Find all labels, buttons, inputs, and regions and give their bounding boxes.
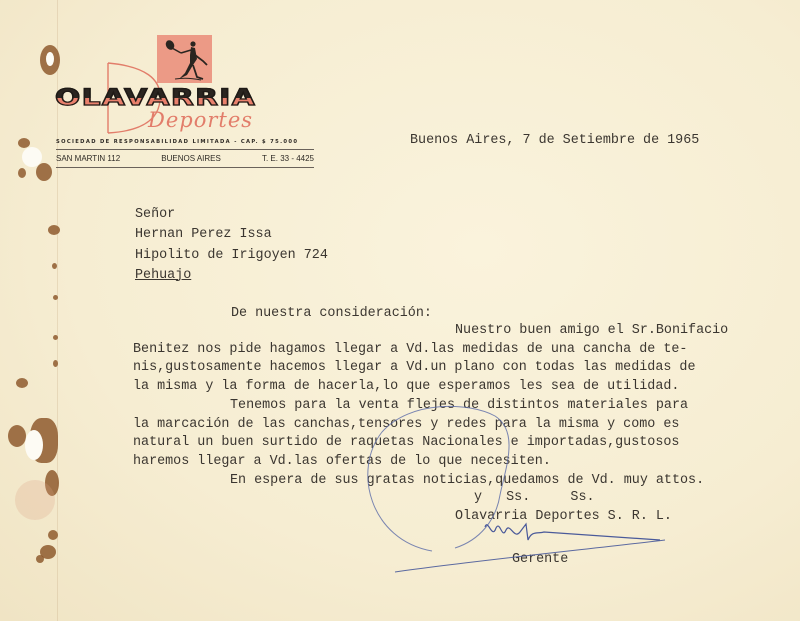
signatory-company: Olavarria Deportes S. R. L. xyxy=(455,510,672,523)
recipient-street: Hipolito de Irigoyen 724 xyxy=(135,249,328,262)
letterhead-contact-row: SAN MARTIN 112 BUENOS AIRES T. E. 33 - 4… xyxy=(56,154,314,163)
body-line: En espera de sus gratas noticias,quedamo… xyxy=(230,474,704,487)
body-line: nis,gustosamente hacemos llegar a Vd.un … xyxy=(133,361,696,374)
letterhead-rule-top xyxy=(56,149,314,150)
place-date: Buenos Aires, 7 de Setiembre de 1965 xyxy=(410,134,699,147)
body-line: la misma y la forma de hacerla,lo que es… xyxy=(133,380,679,393)
body-line: natural un buen surtido de raquetas Naci… xyxy=(133,436,679,449)
recipient-salutation: Señor xyxy=(135,208,175,221)
recipient-name: Hernan Perez Issa xyxy=(135,228,272,241)
signatory-title: Gerente xyxy=(512,553,568,566)
company-city: BUENOS AIRES xyxy=(161,154,221,163)
recipient-city: Pehuajo xyxy=(135,269,191,282)
body-line: la marcación de las canchas,tensores y r… xyxy=(133,418,679,431)
company-tagline: SOCIEDAD DE RESPONSABILIDAD LIMITADA - C… xyxy=(56,139,314,145)
letterhead-rule-bottom xyxy=(56,167,314,168)
company-phone: T. E. 33 - 4425 xyxy=(262,154,314,163)
body-line: Tenemos para la venta flejes de distinto… xyxy=(230,399,688,412)
company-address: SAN MARTIN 112 xyxy=(56,154,120,163)
body-line: haremos llegar a Vd.las ofertas de lo qu… xyxy=(133,455,551,468)
closing-formula: y Ss. Ss. xyxy=(474,491,595,504)
body-line: Nuestro buen amigo el Sr.Bonifacio xyxy=(455,324,728,337)
body-line: Benitez nos pide hagamos llegar a Vd.las… xyxy=(133,343,687,356)
greeting: De nuestra consideración: xyxy=(231,307,432,320)
brand-subtitle: Deportes xyxy=(148,108,253,132)
